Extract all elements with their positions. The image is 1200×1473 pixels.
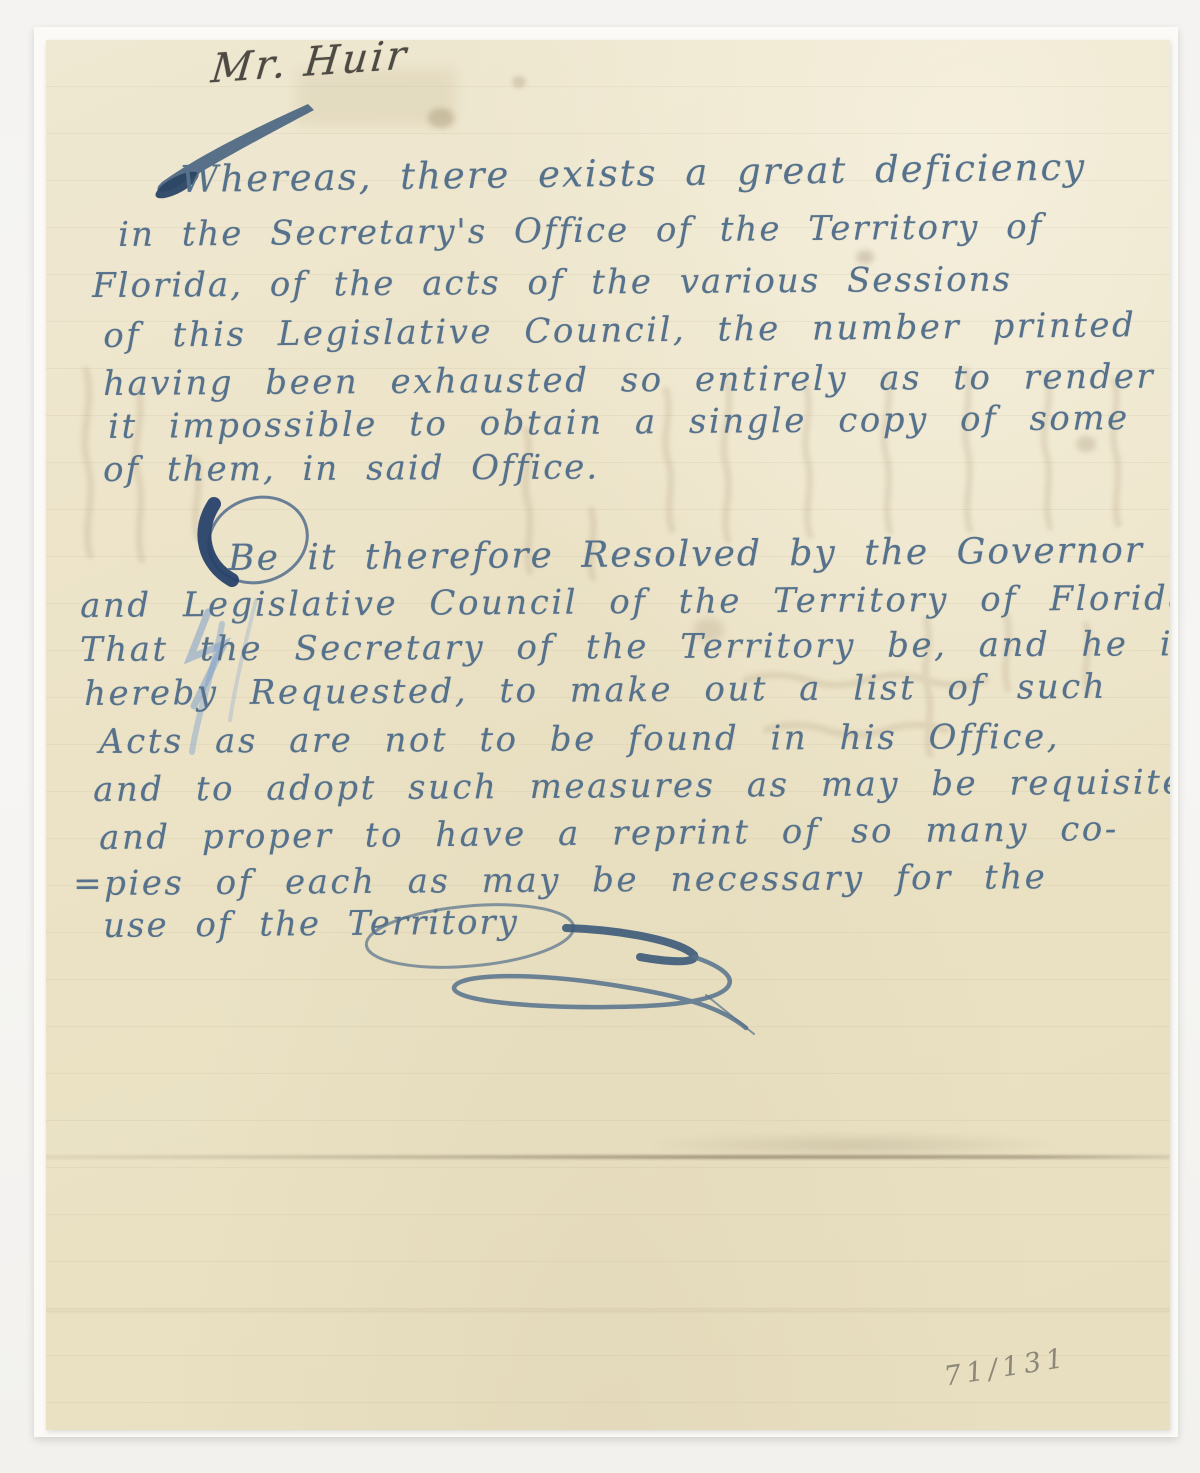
stain bbox=[512, 76, 526, 88]
manuscript-line: Florida, of the acts of the various Sess… bbox=[92, 260, 1012, 306]
pencil-docket-name: Mr. Huir bbox=[209, 40, 411, 92]
manuscript-line: =pies of each as may be necessary for th… bbox=[73, 857, 1047, 904]
manuscript-line: in the Secretary's Office of the Territo… bbox=[118, 207, 1043, 255]
manuscript-line: use of the Territory bbox=[103, 902, 519, 946]
manuscript-line: Acts as are not to be found in his Offic… bbox=[99, 717, 1060, 762]
manuscript-line: and Legislative Council of the Territory… bbox=[80, 578, 1170, 626]
manuscript-line: Be it therefore Resolved by the Governor bbox=[228, 530, 1144, 579]
manuscript-page: Mr. Huir Whereas, t bbox=[46, 40, 1170, 1430]
manuscript-line: and to adopt such measures as may be req… bbox=[93, 762, 1170, 810]
manuscript-line: hereby Requested, to make out a list of … bbox=[84, 667, 1107, 714]
manuscript-line: That the Secretary of the Territory be, … bbox=[80, 624, 1170, 670]
faint-crease bbox=[46, 1310, 1170, 1312]
photo-background: Mr. Huir Whereas, t bbox=[0, 0, 1200, 1473]
manuscript-line: Whereas, there exists a great deficiency bbox=[180, 145, 1086, 201]
manuscript-line: and proper to have a reprint of so many … bbox=[99, 809, 1119, 858]
stain bbox=[428, 108, 454, 128]
fold-crease bbox=[46, 1155, 1170, 1159]
manuscript-line: it impossible to obtain a single copy of… bbox=[108, 398, 1130, 447]
archival-page-number: 71/131 bbox=[942, 1342, 1070, 1392]
manuscript-line: of them, in said Office. bbox=[103, 447, 599, 490]
manuscript-line: having been exhausted so entirely as to … bbox=[103, 357, 1155, 404]
manuscript-line: of this Legislative Council, the number … bbox=[103, 305, 1137, 356]
